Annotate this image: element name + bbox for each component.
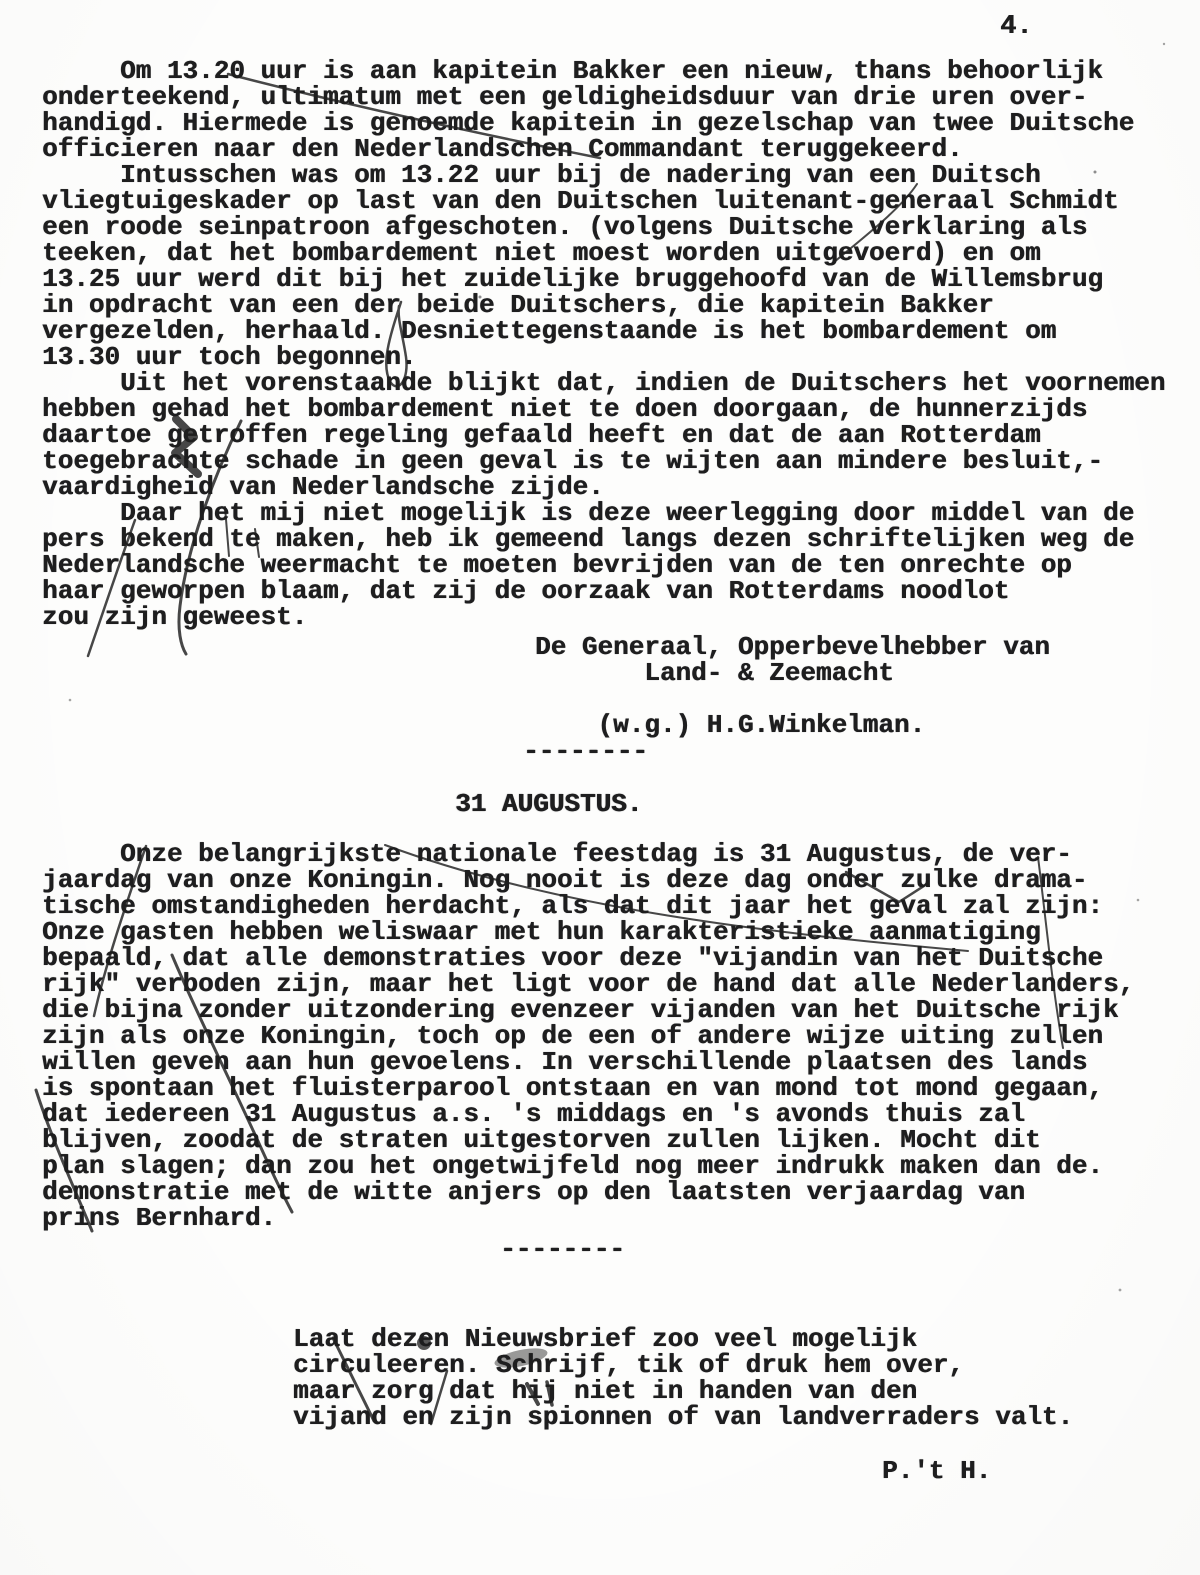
paper-speck <box>69 699 72 702</box>
paragraph-31-augustus: Onze belangrijkste nationale feestdag is… <box>42 841 1134 1231</box>
scanned-document-page: 4. Om 13.20 uur is aan kapitein Bakker e… <box>0 0 1200 1575</box>
divider-dashes-1: -------- <box>523 738 648 764</box>
signature-block-winkelman: De Generaal, Opperbevelhebber van Land- … <box>535 634 1050 738</box>
paragraph-rotterdam-bombardment: Om 13.20 uur is aan kapitein Bakker een … <box>42 58 1165 630</box>
closing-instruction: Laat dezen Nieuwsbrief zoo veel mogelijk… <box>293 1326 1073 1430</box>
paper-speck <box>1163 43 1165 45</box>
paper-speck <box>1137 899 1140 902</box>
page-number: 4. <box>1000 12 1032 42</box>
section-heading-31-augustus: 31 AUGUSTUS. <box>455 791 642 817</box>
divider-dashes-2: -------- <box>500 1236 625 1262</box>
paper-speck <box>1119 1289 1122 1292</box>
author-initials: P.'t H. <box>882 1458 991 1484</box>
